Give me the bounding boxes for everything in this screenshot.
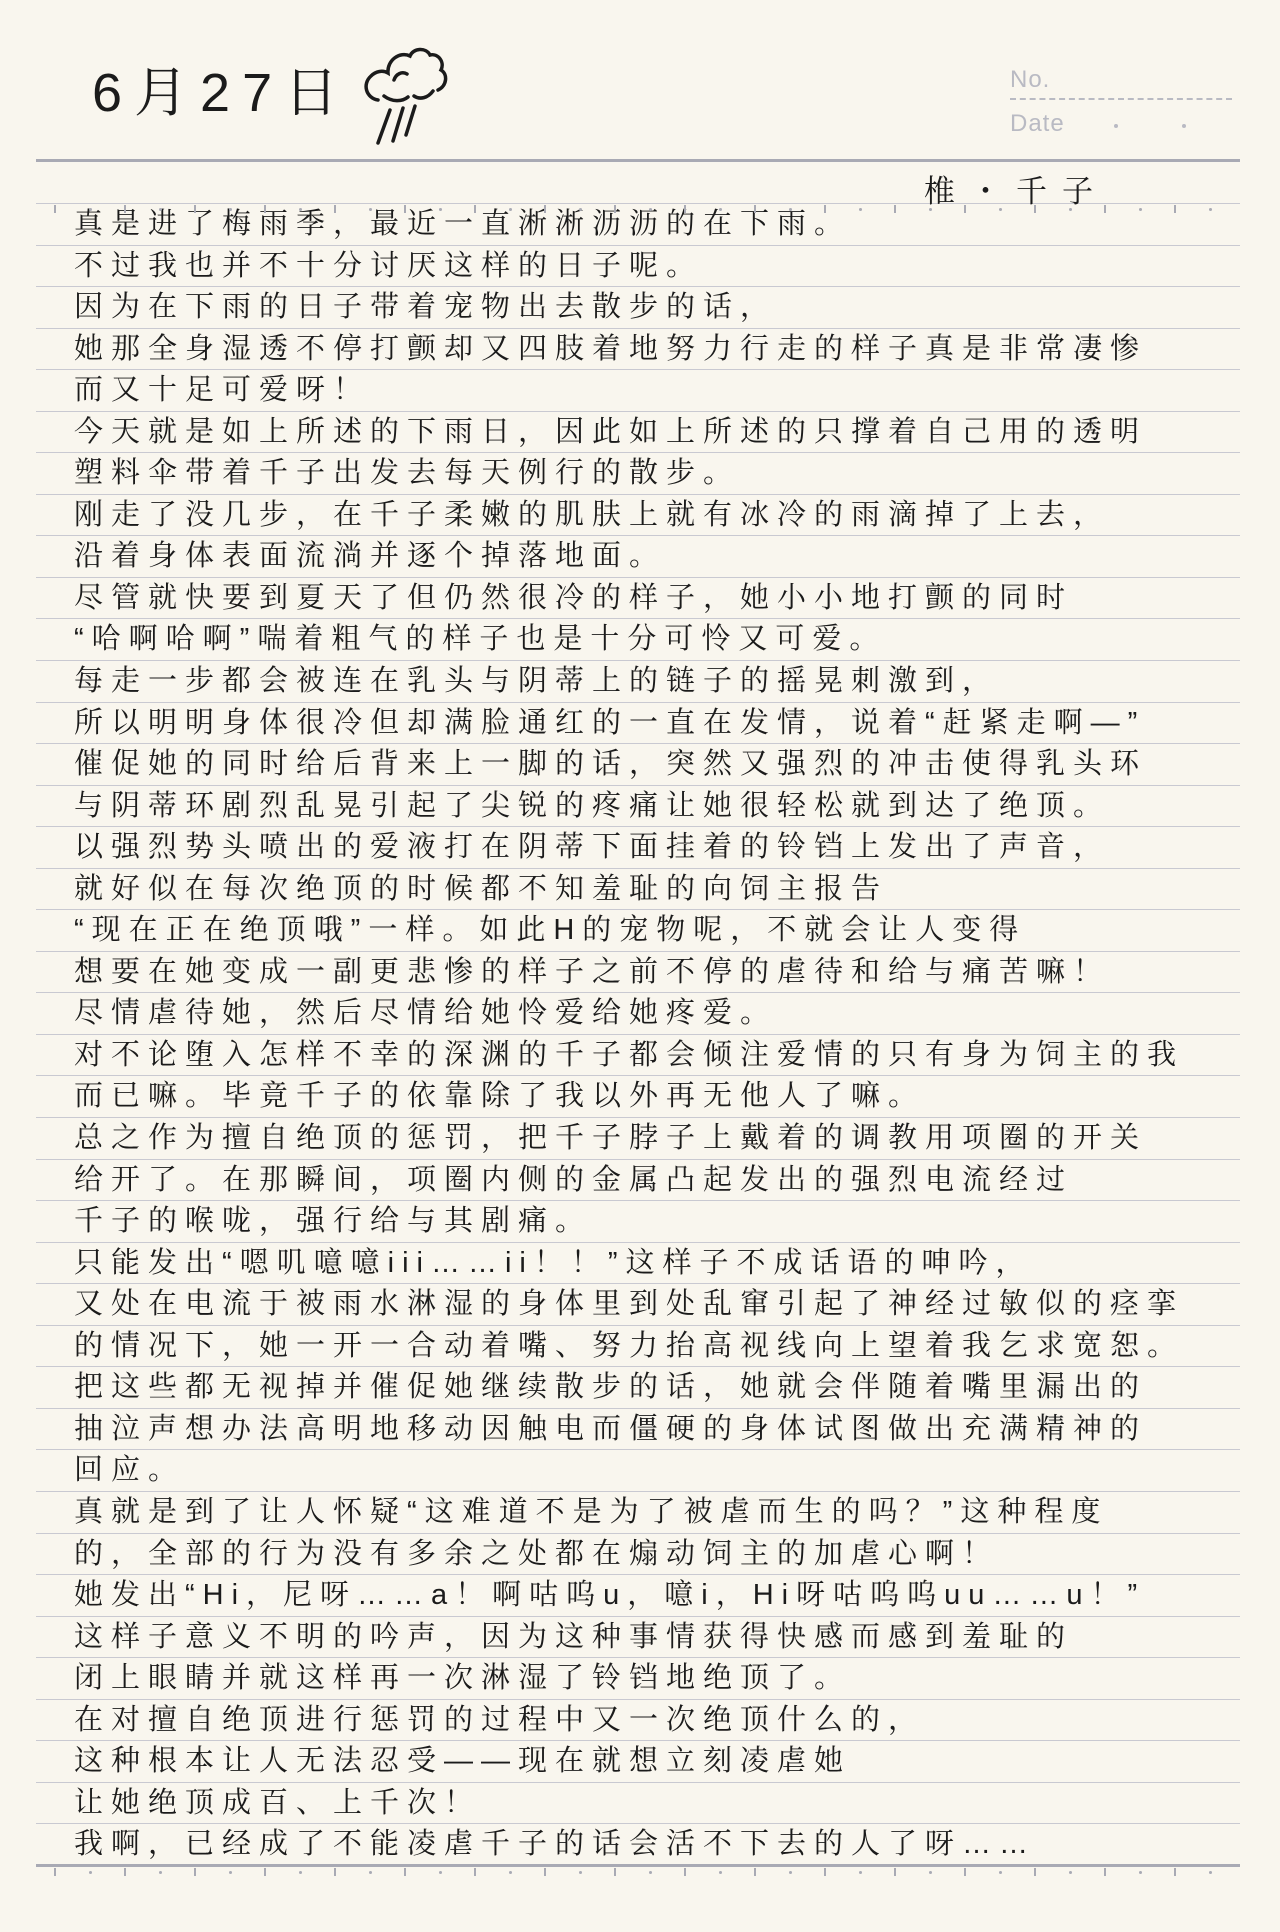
tick-mark (614, 1868, 616, 1876)
tick-dot (1209, 208, 1212, 211)
tick-dot (579, 1871, 582, 1874)
tick-dot (929, 208, 932, 211)
diary-line: 在对擅自绝顶进行惩罚的过程中又一次绝顶什么的， (36, 1700, 1240, 1742)
no-dashed-line (1010, 98, 1232, 100)
diary-line: 千子的喉咙，强行给与其剧痛。 (36, 1201, 1240, 1243)
tick-mark (684, 1868, 686, 1876)
tick-dot (509, 208, 512, 211)
tick-mark (1174, 1868, 1176, 1876)
diary-line: 总之作为擅自绝顶的惩罚，把千子脖子上戴着的调教用项圈的开关 (36, 1118, 1240, 1160)
tick-mark (54, 1868, 56, 1876)
tick-mark (754, 1868, 756, 1876)
tick-mark (404, 205, 406, 213)
footer-rule (36, 1864, 1240, 1867)
tick-mark (404, 1868, 406, 1876)
tick-mark (1104, 205, 1106, 213)
diary-line: 塑料伞带着千子出发去每天例行的散步。 (36, 453, 1240, 495)
tick-mark (894, 205, 896, 213)
signature-row: 椎・千子 (36, 162, 1240, 204)
tick-dot (1209, 1871, 1212, 1874)
diary-line: 闭上眼睛并就这样再一次淋湿了铃铛地绝顶了。 (36, 1658, 1240, 1700)
diary-line: “哈啊哈啊”喘着粗气的样子也是十分可怜又可爱。 (36, 619, 1240, 661)
tick-dot (579, 208, 582, 211)
tick-dot (649, 1871, 652, 1874)
diary-line: 尽管就快要到夏天了但仍然很冷的样子，她小小地打颤的同时 (36, 578, 1240, 620)
tick-mark (614, 205, 616, 213)
margin-ticks (36, 1868, 1240, 1878)
tick-dot (859, 208, 862, 211)
diary-line: 的，全部的行为没有多余之处都在煽动饲主的加虐心啊！ (36, 1534, 1240, 1576)
diary-line: 而又十足可爱呀！ (36, 370, 1240, 412)
diary-line: 尽情虐待她，然后尽情给她怜爱给她疼爱。 (36, 993, 1240, 1035)
tick-dot (299, 208, 302, 211)
diary-line: 她那全身湿透不停打颤却又四肢着地努力行走的样子真是非常凄惨 (36, 329, 1240, 371)
diary-line: 与阴蒂环剧烈乱晃引起了尖锐的疼痛让她很轻松就到达了绝顶。 (36, 786, 1240, 828)
diary-line: 给开了。在那瞬间，项圈内侧的金属凸起发出的强烈电流经过 (36, 1160, 1240, 1202)
diary-line: 刚走了没几步，在千子柔嫩的肌肤上就有冰冷的雨滴掉了上去， (36, 495, 1240, 537)
tick-mark (1034, 205, 1036, 213)
tick-mark (334, 1868, 336, 1876)
diary-line: 就好似在每次绝顶的时候都不知羞耻的向饲主报告 (36, 869, 1240, 911)
tick-dot (159, 208, 162, 211)
tick-mark (1174, 205, 1176, 213)
tick-dot (439, 1871, 442, 1874)
tick-dot (649, 208, 652, 211)
diary-line: 催促她的同时给后背来上一脚的话，突然又强烈的冲击使得乳头环 (36, 744, 1240, 786)
diary-line: 以强烈势头喷出的爱液打在阴蒂下面挂着的铃铛上发出了声音， (36, 827, 1240, 869)
date-separator-dot (1114, 124, 1118, 128)
tick-dot (789, 208, 792, 211)
tick-dot (859, 1871, 862, 1874)
diary-line: 而已嘛。毕竟千子的依靠除了我以外再无他人了嘛。 (36, 1076, 1240, 1118)
diary-line: 让她绝顶成百、上千次！ (36, 1783, 1240, 1825)
tick-mark (264, 205, 266, 213)
tick-dot (299, 1871, 302, 1874)
date-separator-dot (1182, 124, 1186, 128)
diary-line: 这样子意义不明的吟声，因为这种事情获得快感而感到羞耻的 (36, 1617, 1240, 1659)
diary-line: 真就是到了让人怀疑“这难道不是为了被虐而生的吗？”这种程度 (36, 1492, 1240, 1534)
diary-line: 对不论堕入怎样不幸的深渊的千子都会倾注爱情的只有身为饲主的我 (36, 1035, 1240, 1077)
diary-line: 每走一步都会被连在乳头与阴蒂上的链子的摇晃刺激到， (36, 661, 1240, 703)
margin-ticks (36, 205, 1240, 215)
no-label: No. (1010, 66, 1232, 94)
tick-dot (929, 1871, 932, 1874)
tick-mark (474, 1868, 476, 1876)
no-date-block: No. Date (1010, 66, 1232, 138)
tick-dot (789, 1871, 792, 1874)
tick-dot (1139, 1871, 1142, 1874)
notebook-page: 6月27日 No. Date 椎・千子 真是进了梅雨季，最近一直淅淅沥沥的在下雨… (0, 0, 1280, 1932)
tick-mark (264, 1868, 266, 1876)
diary-line: 她发出“Hi，尼呀……a！啊咕呜u，噫i，Hi呀咕呜呜uu……u！” (36, 1575, 1240, 1617)
tick-mark (194, 205, 196, 213)
diary-line: “现在正在绝顶哦”一样。如此H的宠物呢，不就会让人变得 (36, 910, 1240, 952)
tick-mark (1104, 1868, 1106, 1876)
tick-mark (754, 205, 756, 213)
tick-mark (544, 1868, 546, 1876)
diary-line: 沿着身体表面流淌并逐个掉落地面。 (36, 536, 1240, 578)
tick-mark (964, 205, 966, 213)
tick-dot (229, 1871, 232, 1874)
tick-dot (439, 208, 442, 211)
tick-mark (334, 205, 336, 213)
tick-mark (964, 1868, 966, 1876)
tick-mark (824, 1868, 826, 1876)
tick-mark (194, 1868, 196, 1876)
diary-body: 真是进了梅雨季，最近一直淅淅沥沥的在下雨。不过我也并不十分讨厌这样的日子呢。因为… (36, 204, 1240, 1866)
tick-mark (894, 1868, 896, 1876)
tick-dot (1069, 208, 1072, 211)
diary-line: 的情况下，她一开一合动着嘴、努力抬高视线向上望着我乞求宽恕。 (36, 1326, 1240, 1368)
tick-dot (1139, 208, 1142, 211)
diary-line: 只能发出“嗯叽噫噫iii……ii！！”这样子不成话语的呻吟， (36, 1243, 1240, 1285)
diary-line: 我啊，已经成了不能凌虐千子的话会活不下去的人了呀…… (36, 1824, 1240, 1866)
diary-line: 所以明明身体很冷但却满脸通红的一直在发情，说着“赶紧走啊—” (36, 703, 1240, 745)
diary-line: 今天就是如上所述的下雨日，因此如上所述的只撑着自己用的透明 (36, 412, 1240, 454)
tick-mark (474, 205, 476, 213)
diary-line: 想要在她变成一副更悲惨的样子之前不停的虐待和给与痛苦嘛！ (36, 952, 1240, 994)
diary-line: 抽泣声想办法高明地移动因触电而僵硬的身体试图做出充满精神的 (36, 1409, 1240, 1451)
tick-mark (684, 205, 686, 213)
date-heading: 6月27日 (92, 50, 350, 127)
diary-line: 因为在下雨的日子带着宠物出去散步的话， (36, 287, 1240, 329)
tick-dot (999, 208, 1002, 211)
tick-mark (1034, 1868, 1036, 1876)
tick-dot (1069, 1871, 1072, 1874)
tick-dot (89, 1871, 92, 1874)
tick-dot (719, 208, 722, 211)
date-label: Date (1010, 110, 1065, 137)
rain-cloud-icon (350, 40, 462, 152)
tick-dot (159, 1871, 162, 1874)
tick-dot (999, 1871, 1002, 1874)
diary-line: 这种根本让人无法忍受——现在就想立刻凌虐她 (36, 1741, 1240, 1783)
tick-dot (509, 1871, 512, 1874)
diary-line: 不过我也并不十分讨厌这样的日子呢。 (36, 246, 1240, 288)
tick-mark (544, 205, 546, 213)
tick-mark (54, 205, 56, 213)
tick-dot (89, 208, 92, 211)
diary-line: 又处在电流于被雨水淋湿的身体里到处乱窜引起了神经过敏似的痉挛 (36, 1284, 1240, 1326)
tick-dot (369, 208, 372, 211)
tick-mark (124, 1868, 126, 1876)
tick-mark (124, 205, 126, 213)
tick-dot (229, 208, 232, 211)
tick-dot (719, 1871, 722, 1874)
ruled-area: 椎・千子 真是进了梅雨季，最近一直淅淅沥沥的在下雨。不过我也并不十分讨厌这样的日… (36, 162, 1240, 1866)
diary-line: 把这些都无视掉并催促她继续散步的话，她就会伴随着嘴里漏出的 (36, 1367, 1240, 1409)
tick-dot (369, 1871, 372, 1874)
tick-mark (824, 205, 826, 213)
diary-line: 回应。 (36, 1450, 1240, 1492)
